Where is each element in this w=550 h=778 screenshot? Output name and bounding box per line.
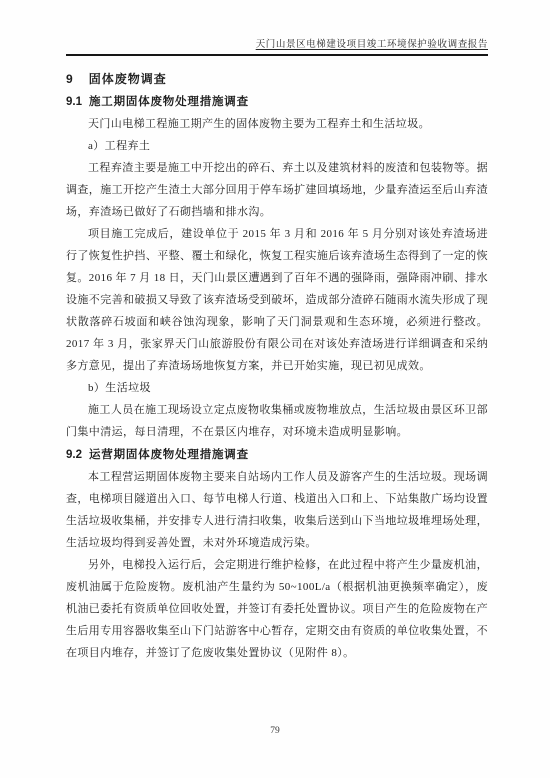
document-page: 天门山景区电梯建设项目竣工环境保护验收调查报告 9固体废物调查 9.1施工期固体… (0, 0, 550, 778)
paragraph-operation-2: 另外，电梯投入运行后，会定期进行维护检修，在此过程中将产生少量废机油，废机油属于… (66, 554, 488, 664)
section-title-9-2: 运营期固体废物处理措施调查 (89, 449, 249, 461)
section-heading-9-2: 9.2运营期固体废物处理措施调查 (66, 444, 488, 466)
header-rule (66, 54, 488, 56)
section-title-9: 固体废物调查 (89, 72, 167, 86)
section-heading-9: 9固体废物调查 (66, 68, 488, 90)
page-content: 天门山景区电梯建设项目竣工环境保护验收调查报告 9固体废物调查 9.1施工期固体… (66, 36, 488, 664)
paragraph-operation-1: 本工程营运期固体废物主要来自站场内工作人员及游客产生的生活垃圾。现场调查，电梯项… (66, 466, 488, 554)
paragraph-domestic-waste: 施工人员在施工现场设立定点废物收集桶或废物堆放点，生活垃圾由景区环卫部门集中清运… (66, 399, 488, 443)
section-title-9-1: 施工期固体废物处理措施调查 (89, 96, 249, 108)
running-header: 天门山景区电梯建设项目竣工环境保护验收调查报告 (66, 36, 488, 54)
section-number-9-2: 9.2 (66, 444, 82, 466)
subheading-b-domestic-waste: b）生活垃圾 (66, 377, 488, 399)
paragraph-spoil-2: 项目施工完成后，建设单位于 2015 年 3 月和 2016 年 5 月分别对该… (66, 223, 488, 377)
running-header-title: 天门山景区电梯建设项目竣工环境保护验收调查报告 (256, 40, 488, 50)
paragraph-spoil-1: 工程弃渣主要是施工中开挖出的碎石、弃土以及建筑材料的废渣和包装物等。据调查，施工… (66, 157, 488, 223)
section-number-9-1: 9.1 (66, 91, 82, 113)
page-number: 79 (0, 726, 550, 736)
section-number-9: 9 (66, 68, 73, 90)
subheading-a-engineering-spoil: a）工程弃土 (66, 135, 488, 157)
paragraph-intro: 天门山电梯工程施工期产生的固体废物主要为工程弃土和生活垃圾。 (66, 113, 488, 135)
section-heading-9-1: 9.1施工期固体废物处理措施调查 (66, 91, 488, 113)
